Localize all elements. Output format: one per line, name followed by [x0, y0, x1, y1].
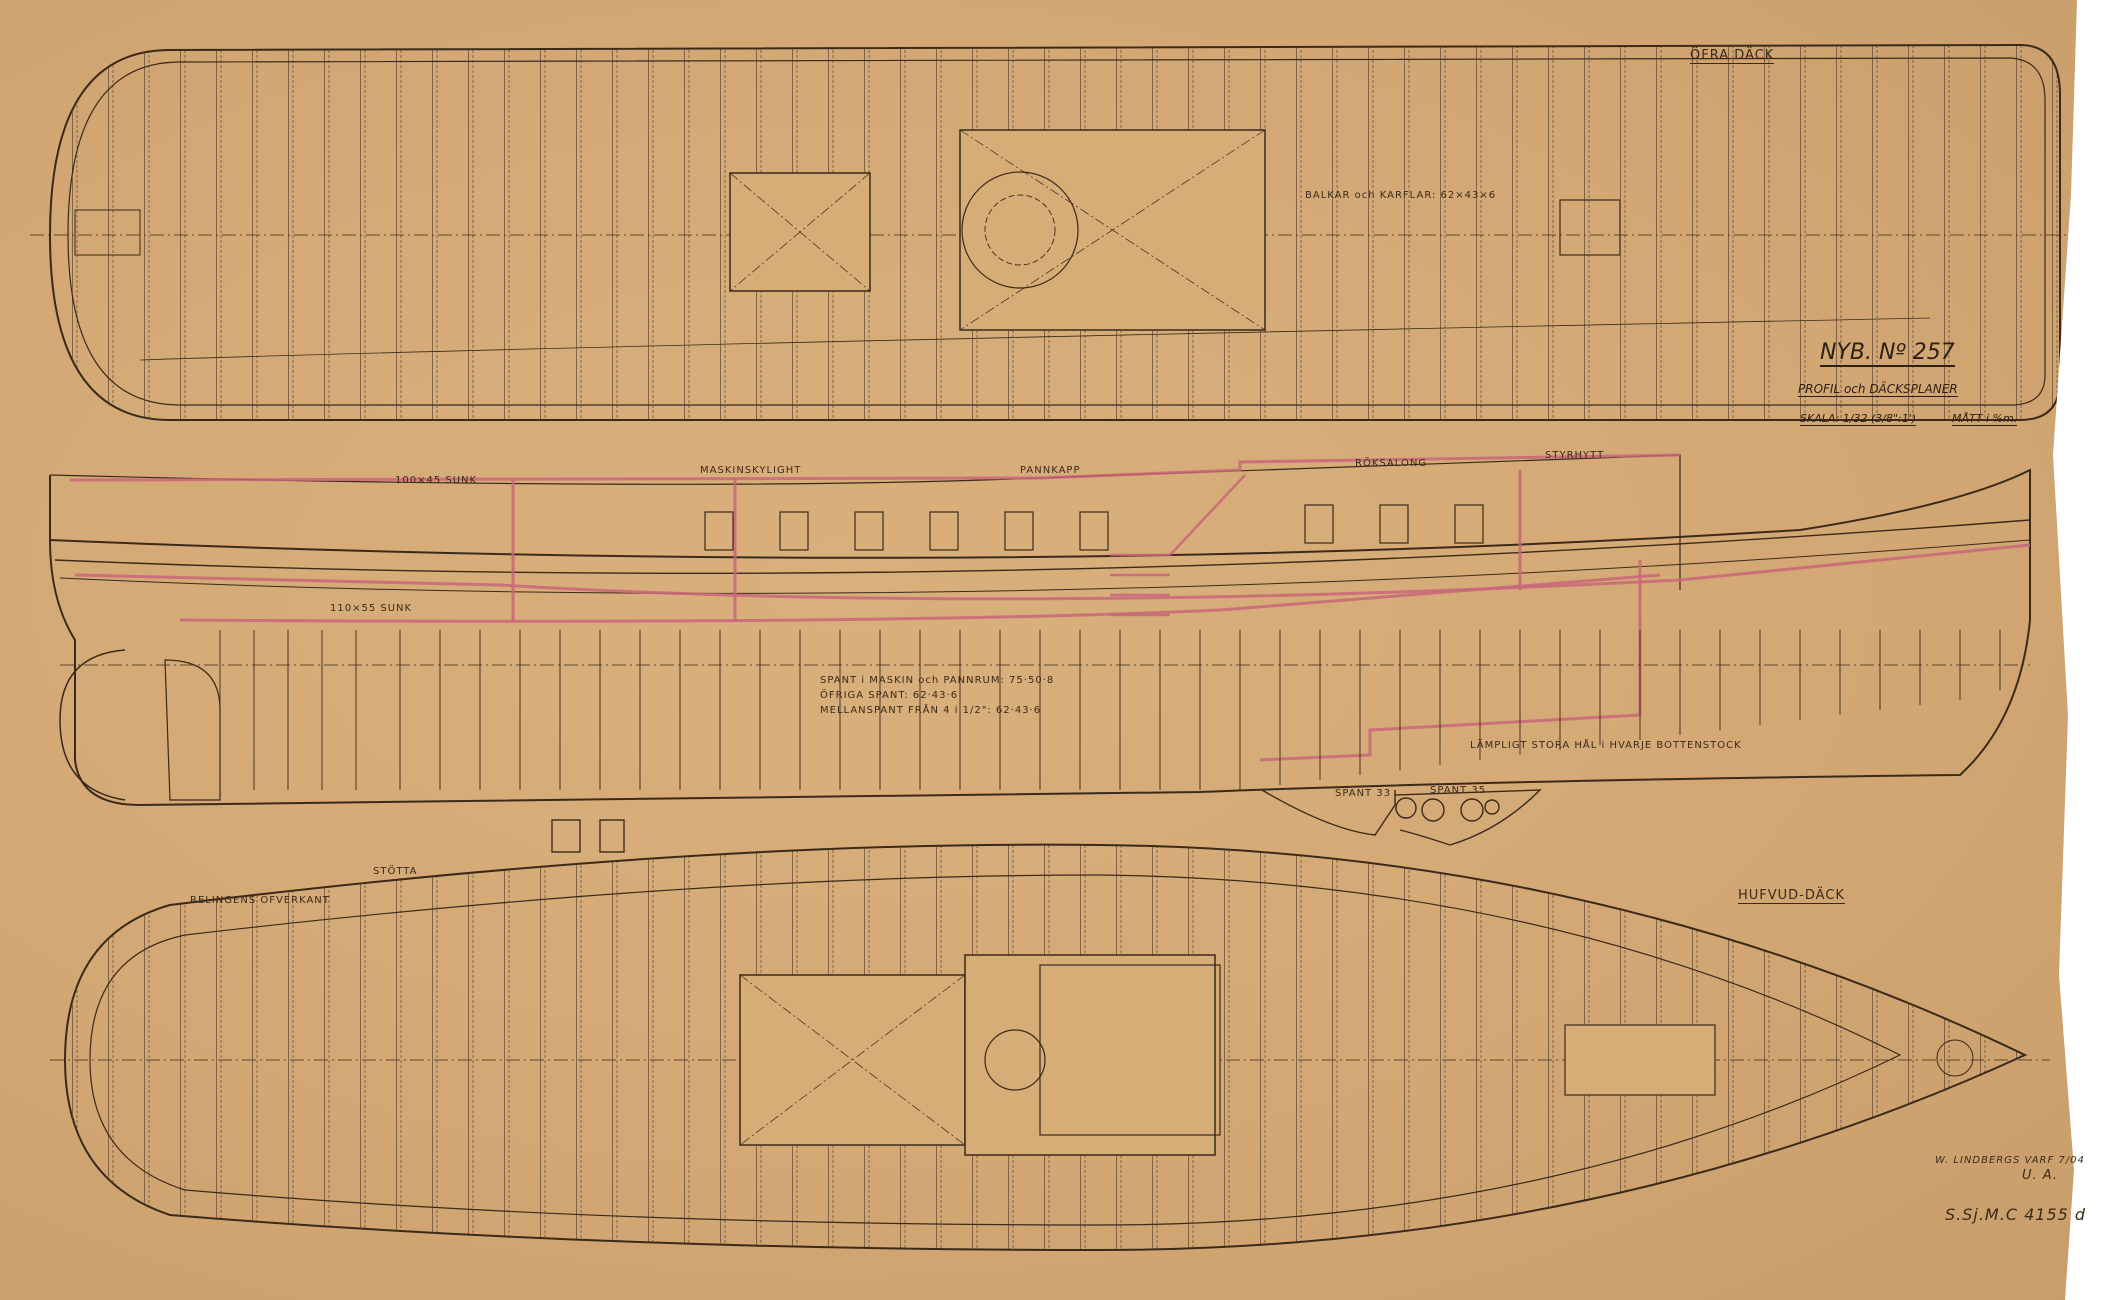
beam-note-2: 110×55 SUNK: [330, 603, 412, 614]
section-35-label: SPANT 35: [1430, 785, 1486, 796]
upper-deck-label: ÖFRA DÄCK: [1690, 48, 1774, 64]
rail-top-note: RELINGENS ÖFVERKANT: [190, 895, 330, 906]
initials: U. A.: [2022, 1168, 2058, 1183]
frame-spec-2: ÖFRIGA SPANT: 62·43·6: [820, 690, 958, 701]
section-33-label: SPANT 33: [1335, 788, 1391, 799]
drawing-number: NYB. Nº 257: [1820, 340, 1955, 367]
deck-beam-note: 100×45 SUNK: [395, 475, 477, 486]
floor-holes-note: LÄMPLIGT STORA HÅL i HVARJE BOTTENSTOCK: [1470, 740, 1742, 751]
blueprint-sheet: ÖFRA DÄCK BALKAR och KARFLAR: 62×43×6 MA…: [0, 0, 2101, 1300]
balk-note: BALKAR och KARFLAR: 62×43×6: [1305, 190, 1496, 201]
smoking-saloon-label: RÖKSALONG: [1355, 458, 1427, 469]
yard-signature: W. LINDBERGS VARF 7/04: [1935, 1155, 2085, 1166]
frame-sections: [552, 790, 1540, 852]
upper-deck-plan: [30, 45, 2080, 425]
profile-view: [50, 455, 2030, 805]
archive-reference: S.Sj.M.C 4155 d: [1945, 1205, 2086, 1224]
stanchion-note: STÖTTA: [373, 866, 417, 877]
drawing-scale: SKALA: 1/32 (3/8":1'): [1800, 412, 1916, 426]
ship-drawing: [0, 0, 2101, 1300]
engine-skylight-label: MASKINSKYLIGHT: [700, 465, 801, 476]
drawing-subtitle: PROFIL och DÄCKSPLANER: [1798, 382, 1958, 397]
frame-spec-1: SPANT i MASKIN och PANNRUM: 75·50·8: [820, 675, 1054, 686]
drawing-units: MÅTT i %m.: [1952, 412, 2017, 426]
wheelhouse-label: STYRHYTT: [1545, 450, 1604, 461]
boiler-casing-label: PANNKAPP: [1020, 465, 1080, 476]
main-deck-label: HUFVUD-DÄCK: [1738, 888, 1845, 904]
frame-spec-3: MELLANSPANT FRÅN 4 i 1/2": 62·43·6: [820, 705, 1041, 716]
